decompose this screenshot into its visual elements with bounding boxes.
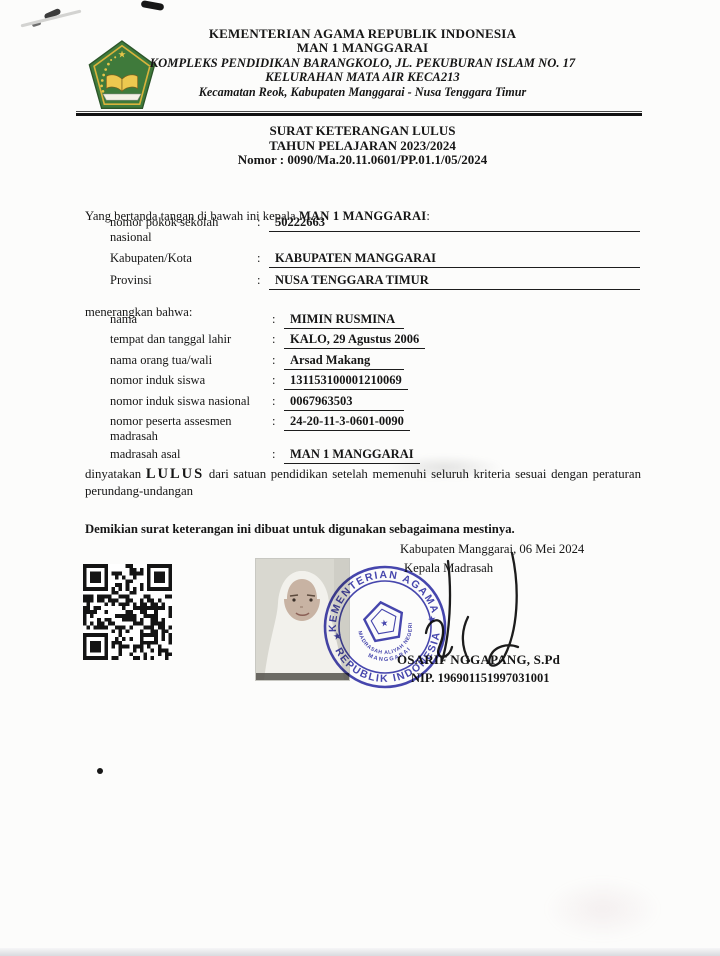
student-fields: nama : MIMIN RUSMINA tempat dan tanggal … [110,312,640,468]
field-label: tempat dan tanggal lahir [110,332,272,347]
field-row-ttl: tempat dan tanggal lahir : KALO, 29 Agus… [110,332,640,349]
graduation-statement: dinyatakan LULUS dari satuan pendidikan … [85,466,641,501]
field-row-nama: nama : MIMIN RUSMINA [110,312,640,329]
qr-code [83,564,172,660]
school-fields: nomor pokok sekolah nasional : 50222663 … [110,215,640,296]
field-colon: : [272,332,284,347]
field-value: 0067963503 [284,394,404,411]
field-colon: : [272,394,284,409]
stamp-star-right: ★ [427,614,438,626]
field-label: nomor induk siswa nasional [110,394,272,409]
field-value: MIMIN RUSMINA [284,312,404,329]
field-row-nisn: nomor induk siswa nasional : 0067963503 [110,394,640,411]
letterhead-divider [76,111,642,116]
scanned-certificate-page: ★ KEMENTERIAN AGAMA REPUBLIK INDONESIA M… [0,0,720,956]
field-value: NUSA TENGGARA TIMUR [269,273,640,290]
ministry-name: KEMENTERIAN AGAMA REPUBLIK INDONESIA [85,27,640,41]
field-colon: : [272,447,284,462]
field-label: nomor peserta assesmen madrasah [110,414,272,444]
field-label: nomor pokok sekolah nasional [110,215,257,245]
field-row-madrasah-asal: madrasah asal : MAN 1 MANGGARAI [110,447,640,464]
field-label: Provinsi [110,273,257,288]
field-value: 24-20-11-3-0601-0090 [284,414,410,431]
field-colon: : [272,312,284,327]
field-row-nis: nomor induk siswa : 131153100001210069 [110,373,640,390]
document-title: SURAT KETERANGAN LULUS TAHUN PELAJARAN 2… [85,124,640,168]
letterhead: KEMENTERIAN AGAMA REPUBLIK INDONESIA MAN… [85,27,640,99]
school-name: MAN 1 MANGGARAI [85,41,640,55]
field-row-provinsi: Provinsi : NUSA TENGGARA TIMUR [110,273,640,290]
field-value: KALO, 29 Agustus 2006 [284,332,425,349]
field-value: 131153100001210069 [284,373,408,390]
field-label: Kabupaten/Kota [110,251,257,266]
field-colon: : [257,251,269,266]
address-line-2: KELURAHAN MATA AIR KECA213 [85,70,640,84]
field-colon: : [272,353,284,368]
field-row-npsn: nomor pokok sekolah nasional : 50222663 [110,215,640,245]
title-line-1: SURAT KETERANGAN LULUS [85,124,640,139]
scan-speck [141,0,165,11]
field-colon: : [257,215,269,230]
field-colon: : [272,373,284,388]
field-row-assesmen: nomor peserta assesmen madrasah : 24-20-… [110,414,640,444]
statement-result: LULUS [146,466,204,482]
field-colon: : [257,273,269,288]
statement-prefix: dinyatakan [85,467,141,481]
field-colon: : [272,414,284,429]
field-label: nomor induk siswa [110,373,272,388]
scan-smudge [545,878,660,940]
stamp-center-star: ★ [379,617,389,628]
title-line-2: TAHUN PELAJARAN 2023/2024 [85,139,640,154]
qr-code-canvas [83,564,172,660]
field-value: 50222663 [269,215,640,232]
field-value: KABUPATEN MANGGARAI [269,251,640,268]
field-label: madrasah asal [110,447,272,462]
address-line-3: Kecamatan Reok, Kabupaten Manggarai - Nu… [85,85,640,99]
address-line-1: KOMPLEKS PENDIDIKAN BARANGKOLO, JL. PEKU… [85,56,640,70]
title-number: Nomor : 0090/Ma.20.11.0601/PP.01.1/05/20… [85,153,640,168]
official-round-stamp: KEMENTERIAN AGAMA REPUBLIK INDONESIA ★ ★… [320,562,450,692]
field-label: nama orang tua/wali [110,353,272,368]
stamp-star-left: ★ [332,631,343,643]
closing-sentence: Demikian surat keterangan ini dibuat unt… [85,522,640,537]
field-row-kabupaten: Kabupaten/Kota : KABUPATEN MANGGARAI [110,251,640,268]
field-value: MAN 1 MANGGARAI [284,447,420,464]
field-value: Arsad Makang [284,353,404,370]
scan-edge-shadow [0,948,720,956]
field-label: nama [110,312,272,327]
field-row-wali: nama orang tua/wali : Arsad Makang [110,353,640,370]
scan-speck [97,768,103,774]
